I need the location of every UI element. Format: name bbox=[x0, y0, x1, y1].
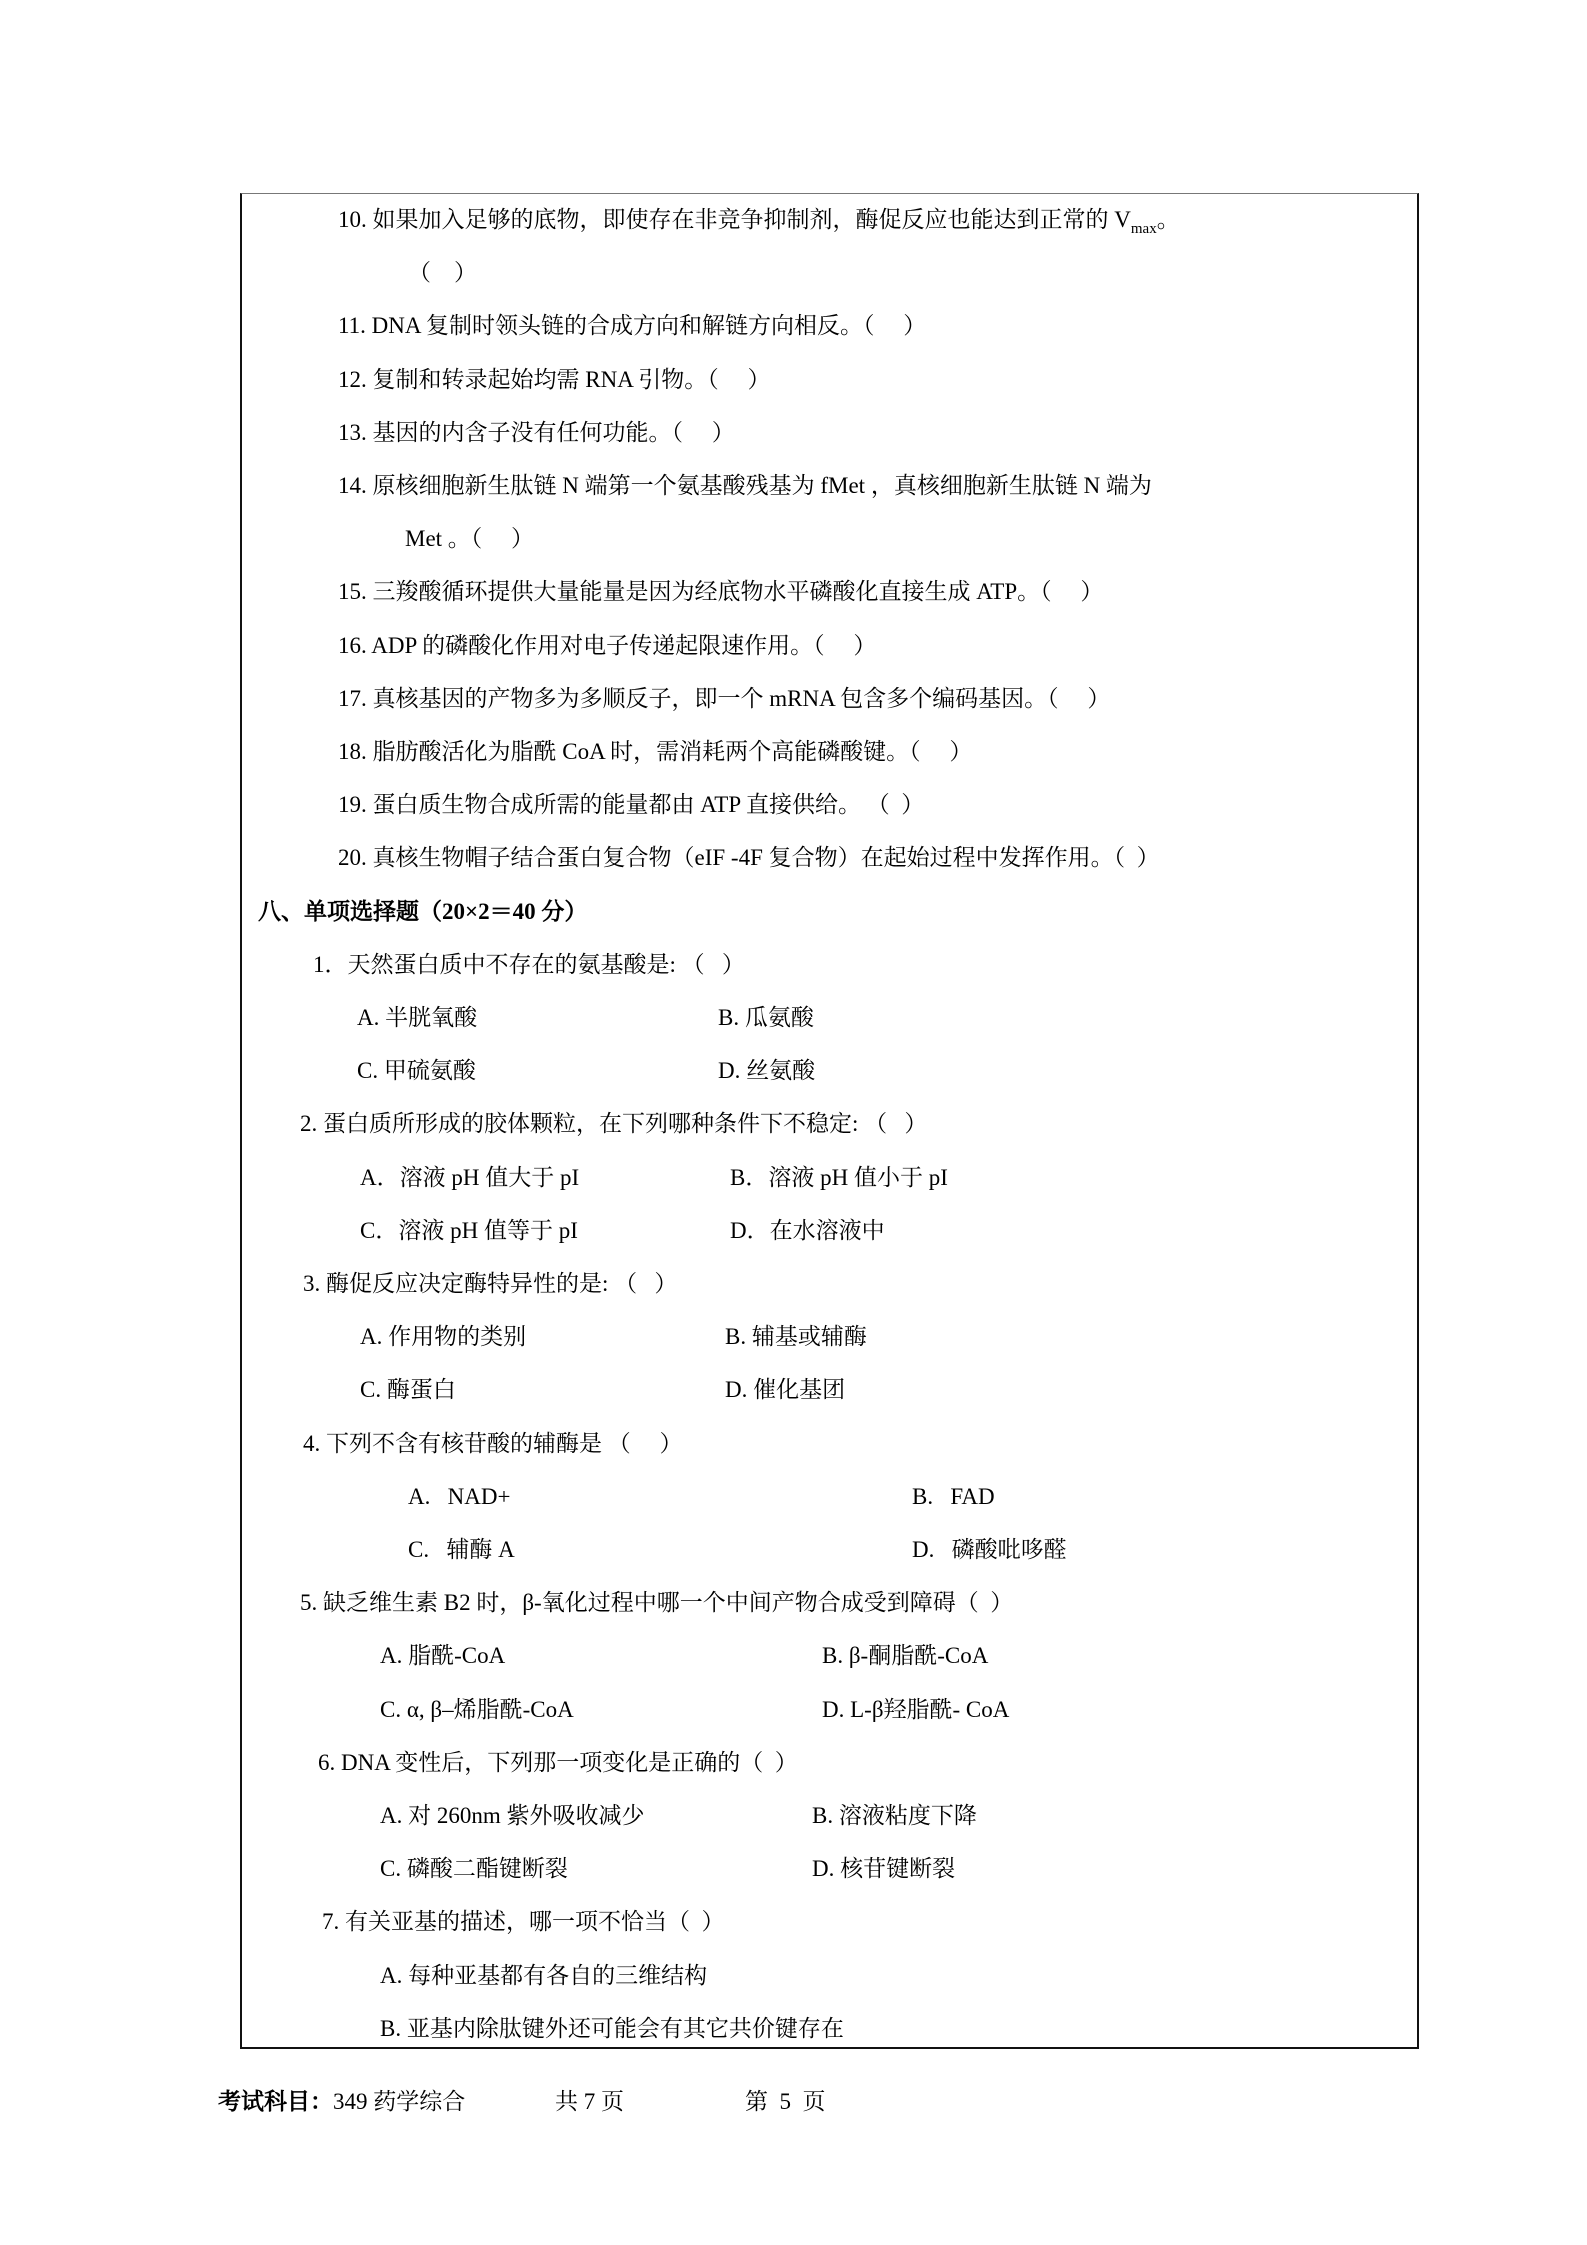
mcq-5-option-a: A. 脂酰-CoA bbox=[380, 1629, 505, 1683]
tf-question-10-period: 。 bbox=[1157, 207, 1180, 232]
mcq-7-option-a: A. 每种亚基都有各自的三维结构 bbox=[380, 1949, 707, 2003]
mcq-1-option-b: B. 瓜氨酸 bbox=[718, 991, 814, 1045]
mcq-6-option-c: C. 磷酸二酯键断裂 bbox=[380, 1842, 568, 1896]
tf-question-10-text: 10. 如果加入足够的底物，即使存在非竞争抑制剂，酶促反应也能达到正常的 V bbox=[338, 207, 1131, 232]
mcq-3-option-c: C. 酶蛋白 bbox=[360, 1363, 456, 1417]
mcq-1-option-a: A. 半胱氧酸 bbox=[357, 991, 477, 1045]
mcq-7-option-b: B. 亚基内除肽键外还可能会有其它共价键存在 bbox=[380, 2002, 844, 2056]
mcq-2-option-a: A．溶液 pH 值大于 pI bbox=[360, 1151, 579, 1205]
footer-subject-label: 考试科目： bbox=[218, 2075, 333, 2129]
mcq-1-option-d: D. 丝氨酸 bbox=[718, 1044, 815, 1098]
tf-question-15: 15. 三羧酸循环提供大量能量是因为经底物水平磷酸化直接生成 ATP。（ ） bbox=[338, 565, 1103, 619]
mcq-4-option-c: C. 辅酶 A bbox=[408, 1523, 515, 1577]
tf-question-17: 17. 真核基因的产物多为多顺反子，即一个 mRNA 包含多个编码基因。（ ） bbox=[338, 672, 1110, 726]
mcq-5-option-b: B. β-酮脂酰-CoA bbox=[822, 1629, 988, 1683]
mcq-4-option-a: A. NAD+ bbox=[408, 1470, 510, 1524]
mcq-3-stem: 3. 酶促反应决定酶特异性的是: （ ） bbox=[303, 1257, 677, 1311]
mcq-7-stem: 7. 有关亚基的描述，哪一项不恰当（ ） bbox=[322, 1895, 725, 1949]
tf-question-10-answer-blank: （ ） bbox=[408, 246, 477, 300]
mcq-2-option-c: C．溶液 pH 值等于 pI bbox=[360, 1204, 578, 1258]
mcq-6-option-d: D. 核苷键断裂 bbox=[812, 1842, 955, 1896]
mcq-6-stem: 6. DNA 变性后，下列那一项变化是正确的（ ） bbox=[318, 1736, 798, 1790]
exam-page: 10. 如果加入足够的底物，即使存在非竞争抑制剂，酶促反应也能达到正常的 Vma… bbox=[0, 0, 1587, 2245]
mcq-5-option-c: C. α, β–烯脂酰-CoA bbox=[380, 1683, 574, 1737]
mcq-2-option-d: D．在水溶液中 bbox=[730, 1204, 885, 1258]
mcq-4-stem: 4. 下列不含有核苷酸的辅酶是 （ ） bbox=[303, 1417, 683, 1471]
mcq-4-option-d: D. 磷酸吡哆醛 bbox=[912, 1523, 1067, 1577]
tf-question-10: 10. 如果加入足够的底物，即使存在非竞争抑制剂，酶促反应也能达到正常的 Vma… bbox=[338, 193, 1180, 247]
footer-total-pages: 共 7 页 bbox=[555, 2075, 624, 2129]
mcq-4-option-b: B. FAD bbox=[912, 1470, 995, 1524]
tf-question-20: 20. 真核生物帽子结合蛋白复合物（eIF -4F 复合物）在起始过程中发挥作用… bbox=[338, 831, 1160, 885]
mcq-2-stem: 2. 蛋白质所形成的胶体颗粒，在下列哪种条件下不稳定: （ ） bbox=[300, 1097, 927, 1151]
tf-question-14-line2: Met 。（ ） bbox=[405, 512, 534, 566]
tf-question-11: 11. DNA 复制时领头链的合成方向和解链方向相反。（ ） bbox=[338, 299, 926, 353]
tf-question-12: 12. 复制和转录起始均需 RNA 引物。（ ） bbox=[338, 353, 771, 407]
mcq-5-stem: 5. 缺乏维生素 B2 时，β-氧化过程中哪一个中间产物合成受到障碍（ ） bbox=[300, 1576, 1013, 1630]
tf-question-19: 19. 蛋白质生物合成所需的能量都由 ATP 直接供给。 （ ） bbox=[338, 778, 924, 832]
mcq-1-option-c: C. 甲硫氨酸 bbox=[357, 1044, 476, 1098]
tf-question-18: 18. 脂肪酸活化为脂酰 CoA 时，需消耗两个高能磷酸键。（ ） bbox=[338, 725, 972, 779]
mcq-2-option-b: B．溶液 pH 值小于 pI bbox=[730, 1151, 948, 1205]
tf-question-10-subscript: max bbox=[1131, 221, 1157, 237]
footer-subject-value: 349 药学综合 bbox=[333, 2075, 465, 2129]
mcq-1-stem: 1．天然蛋白质中不存在的氨基酸是: （ ） bbox=[313, 938, 745, 992]
section-heading: 八、单项选择题（20×2＝40 分） bbox=[258, 885, 587, 939]
mcq-6-option-b: B. 溶液粘度下降 bbox=[812, 1789, 977, 1843]
mcq-3-option-a: A. 作用物的类别 bbox=[360, 1310, 526, 1364]
mcq-3-option-d: D. 催化基团 bbox=[725, 1363, 845, 1417]
mcq-6-option-a: A. 对 260nm 紫外吸收减少 bbox=[380, 1789, 645, 1843]
tf-question-13: 13. 基因的内含子没有任何功能。（ ） bbox=[338, 406, 735, 460]
footer-current-page: 第 5 页 bbox=[745, 2075, 826, 2129]
mcq-5-option-d: D. L-β羟脂酰- CoA bbox=[822, 1683, 1009, 1737]
tf-question-14-line1: 14. 原核细胞新生肽链 N 端第一个氨基酸残基为 fMet ，真核细胞新生肽链… bbox=[338, 459, 1152, 513]
tf-question-16: 16. ADP 的磷酸化作用对电子传递起限速作用。（ ） bbox=[338, 619, 876, 673]
mcq-3-option-b: B. 辅基或辅酶 bbox=[725, 1310, 867, 1364]
